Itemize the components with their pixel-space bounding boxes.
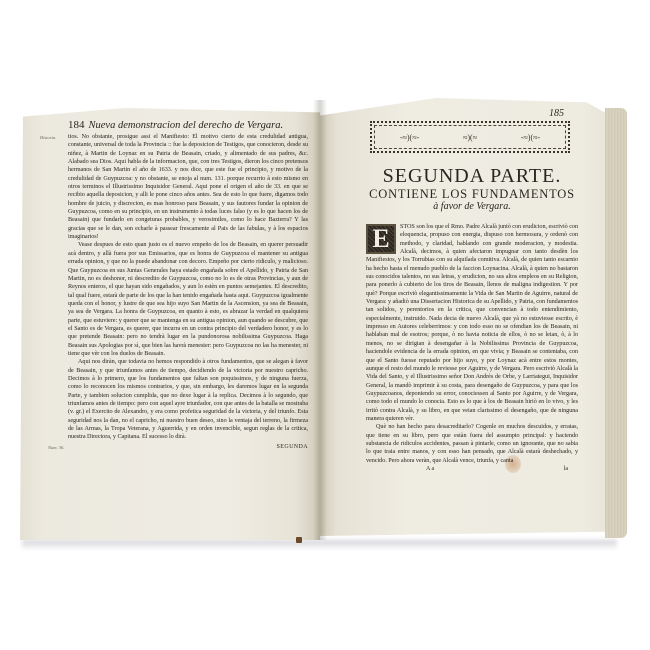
section-subtitle-italic: à favor de Vergara.: [366, 201, 578, 213]
page-number: 185: [366, 108, 578, 119]
binding-thread: [296, 537, 302, 543]
section-title: SEGUNDA PARTE.: [366, 165, 578, 187]
catchword: la: [564, 466, 568, 472]
catchword: SEGUNDA: [68, 444, 308, 450]
margin-note: Historia.: [40, 135, 56, 140]
opening-paragraph: E STOS son los que el Rmo. Padre Alcalà …: [366, 223, 578, 423]
paragraph: tios. No obstante, prosigue assi el Mani…: [68, 133, 308, 241]
ornament-glyph: -≈)(≈-: [400, 133, 419, 142]
ornament-glyph: -≈)(≈-: [521, 133, 540, 142]
signature-mark: A a: [426, 466, 434, 472]
running-head: 184 Nueva demonstracion del derecho de V…: [68, 119, 308, 131]
book-shadow: [22, 540, 617, 550]
headpiece-ornament: -≈)(≈- ≈)(≈ -≈)(≈-: [370, 121, 570, 153]
ornament-glyph: ≈)(≈: [463, 133, 477, 142]
paragraph: Aqui nos diràn, que todavia no hemos res…: [68, 358, 308, 441]
running-head-title: Nueva demonstracion del derecho de Verga…: [89, 120, 284, 131]
gutter-shadow: [313, 100, 327, 540]
section-subtitle: CONTIENE LOS FUNDAMENTOS: [366, 187, 578, 201]
right-page-text: 185 -≈)(≈- ≈)(≈ -≈)(≈- SEGUNDA PARTE. CO…: [366, 108, 578, 472]
paragraph: Vease despues de esto quan justo es el n…: [68, 241, 308, 358]
drop-cap: E: [366, 224, 396, 254]
fore-edge: [605, 108, 627, 538]
margin-note: Num. 36.: [48, 445, 64, 450]
paragraph: STOS son los que el Rmo. Padre Alcalà ju…: [366, 223, 578, 423]
left-page-text: 184 Nueva demonstracion del derecho de V…: [68, 119, 308, 450]
page-footer: A a la: [366, 466, 578, 472]
page-number: 184: [68, 119, 85, 131]
paragraph: Què no han hecho para desacreditarlo? Co…: [366, 423, 578, 465]
